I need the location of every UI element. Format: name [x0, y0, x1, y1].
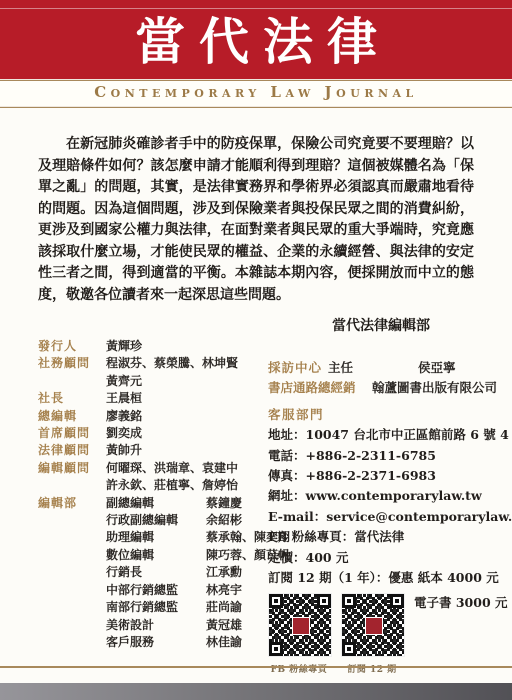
- staff-name: 黃輝珍: [106, 338, 274, 355]
- staff-row: 中部行銷總監林亮宇: [38, 582, 274, 599]
- dept-role: 中部行銷總監: [106, 582, 206, 599]
- staff-role-label: 總編輯: [38, 408, 106, 425]
- staff-row: 南部行銷總監莊尚諭: [38, 599, 274, 616]
- staff-row: 黃齊元: [38, 373, 274, 390]
- editorial-signature: 當代法律編輯部: [38, 315, 430, 335]
- staff-row: 客戶服務林佳諭: [38, 634, 274, 651]
- dept-role: 行政副總編輯: [106, 512, 206, 529]
- dept-role: 南部行銷總監: [106, 599, 206, 616]
- header-hairline: [0, 8, 512, 9]
- qr-caption-subscription: 訂閱 12 期: [341, 660, 403, 680]
- staff-name: 林亮宇: [206, 582, 274, 599]
- staff-name: 侯亞寧: [418, 358, 500, 378]
- qr-caption-facebook: FB 粉絲專頁: [268, 660, 330, 680]
- staff-row: 發行人黃輝珍: [38, 338, 274, 355]
- staff-name: 許永欽、莊植寧、詹婷怡: [106, 477, 274, 494]
- staff-name: 程淑芬、蔡榮騰、林坤賢: [106, 355, 274, 372]
- staff-name: 廖義銘: [106, 408, 274, 425]
- staff-row: 數位編輯陳巧蓉、顏苡帆: [38, 547, 274, 564]
- interview-center-role: 主任: [328, 358, 418, 378]
- qr-center-logo-icon: [292, 617, 310, 635]
- email-line: E-mail：service@contemporarylaw.net: [268, 507, 500, 527]
- staff-row: 編輯顧問何曜琛、洪瑞章、袁建中: [38, 460, 274, 477]
- staff-role-label: 發行人: [38, 338, 106, 355]
- staff-row: 編輯部副總編輯蔡鐘慶: [38, 495, 274, 512]
- price-line: 定價：400 元: [268, 548, 500, 568]
- dept-role: 客戶服務: [106, 634, 206, 651]
- staff-name: 余紹彬: [206, 512, 274, 529]
- dept-role: 行銷長: [106, 564, 206, 581]
- staff-row: 美術設計黃冠雄: [38, 617, 274, 634]
- staff-name: 黃齊元: [106, 373, 274, 390]
- qr-code-facebook: [268, 593, 332, 657]
- qr-finder-icon: [390, 594, 404, 608]
- staff-list-left: 發行人黃輝珍 社務顧問程淑芬、蔡榮騰、林坤賢 黃齊元 社長王晨桓 總編輯廖義銘 …: [38, 338, 274, 651]
- staff-name: 莊尚諭: [206, 599, 274, 616]
- staff-name: 劉奕成: [106, 425, 274, 442]
- staff-name: 林佳諭: [206, 634, 274, 651]
- staff-role-label: [38, 373, 106, 390]
- dept-role: 數位編輯: [106, 547, 206, 564]
- staff-role-label: 編輯顧問: [38, 460, 106, 477]
- staff-row: 首席顧問劉奕成: [38, 425, 274, 442]
- qr-finder-icon: [342, 594, 356, 608]
- dept-role: 助理編輯: [106, 529, 206, 546]
- staff-name: 黃冠雄: [206, 617, 274, 634]
- staff-row: 法律顧問黃帥升: [38, 442, 274, 459]
- staff-role-label: 首席顧問: [38, 425, 106, 442]
- staff-row: 行政副總編輯余紹彬: [38, 512, 274, 529]
- journal-title: 當代法律: [0, 14, 512, 70]
- staff-role-label: 法律顧問: [38, 442, 106, 459]
- editorial-note: 在新冠肺炎確診者手中的防疫保單，保險公司究竟要不要理賠？以及理賠條件如何？該怎麼…: [38, 134, 474, 335]
- address-line: 地址：10047 台北市中正區館前路 6 號 4 樓之 6: [268, 425, 500, 445]
- qr-finder-icon: [269, 594, 283, 608]
- subscription-line: 訂閱 12 期（1 年）：優惠 紙本 4000 元: [268, 568, 500, 588]
- gold-rule-bottom: [0, 106, 512, 108]
- qr-finder-icon: [269, 642, 283, 656]
- dept-role: 美術設計: [106, 617, 206, 634]
- staff-row: 許永欽、莊植寧、詹婷怡: [38, 477, 274, 494]
- contact-info: 地址：10047 台北市中正區館前路 6 號 4 樓之 6 電話：+886-2-…: [268, 425, 500, 588]
- dept-label: 編輯部: [38, 495, 106, 512]
- footer-bar: [0, 683, 512, 700]
- fax-line: 傳真：+886-2-2371-6983: [268, 466, 500, 486]
- qr-code-subscription: [341, 593, 405, 657]
- staff-row: 社務顧問程淑芬、蔡榮騰、林坤賢: [38, 355, 274, 372]
- staff-row: 行銷長江承勳: [38, 564, 274, 581]
- staff-name: 黃帥升: [106, 442, 274, 459]
- interview-center-label: 採訪中心: [268, 358, 328, 378]
- staff-name: 何曜琛、洪瑞章、袁建中: [106, 460, 274, 477]
- journal-subtitle: Contemporary Law Journal: [0, 83, 512, 101]
- journal-header: 當代法律: [0, 0, 512, 79]
- staff-row: 助理編輯蔡承翰、陳奕翔: [38, 529, 274, 546]
- magazine-masthead-page: 當代法律 Contemporary Law Journal 在新冠肺炎確診者手中…: [0, 0, 512, 700]
- dept-role: 副總編輯: [106, 495, 206, 512]
- ebook-price: 電子書 3000 元: [414, 593, 508, 613]
- staff-role-label: 社務顧問: [38, 355, 106, 372]
- contact-column: 採訪中心 主任 侯亞寧 書店通路總經銷 翰蘆圖書出版有限公司 客服部門 地址：1…: [268, 358, 500, 681]
- staff-role-label: [38, 477, 106, 494]
- staff-row: 書店通路總經銷 翰蘆圖書出版有限公司: [268, 378, 500, 398]
- qr-center-logo-icon: [365, 617, 383, 635]
- service-dept-heading: 客服部門: [268, 405, 500, 425]
- staff-row: 社長王晨桓: [38, 390, 274, 407]
- distributor-label: 書店通路總經銷: [268, 378, 372, 398]
- staff-role-label: 社長: [38, 390, 106, 407]
- subtitle-band: Contemporary Law Journal: [0, 79, 512, 108]
- fb-page-line: FB 粉絲專頁：當代法律: [268, 527, 500, 547]
- qr-finder-icon: [317, 594, 331, 608]
- website-line: 網址：www.contemporarylaw.tw: [268, 486, 500, 506]
- gold-rule-top: [0, 79, 512, 81]
- qr-finder-icon: [342, 642, 356, 656]
- staff-name: 王晨桓: [106, 390, 274, 407]
- staff-name: 蔡鐘慶: [206, 495, 274, 512]
- phone-line: 電話：+886-2-2311-6785: [268, 446, 500, 466]
- distributor-name: 翰蘆圖書出版有限公司: [372, 378, 500, 398]
- staff-row: 採訪中心 主任 侯亞寧: [268, 358, 500, 378]
- editorial-paragraph: 在新冠肺炎確診者手中的防疫保單，保險公司究竟要不要理賠？以及理賠條件如何？該怎麼…: [38, 134, 474, 306]
- footer-gold-rule: [0, 666, 512, 668]
- staff-row: 總編輯廖義銘: [38, 408, 274, 425]
- staff-name: 江承勳: [206, 564, 274, 581]
